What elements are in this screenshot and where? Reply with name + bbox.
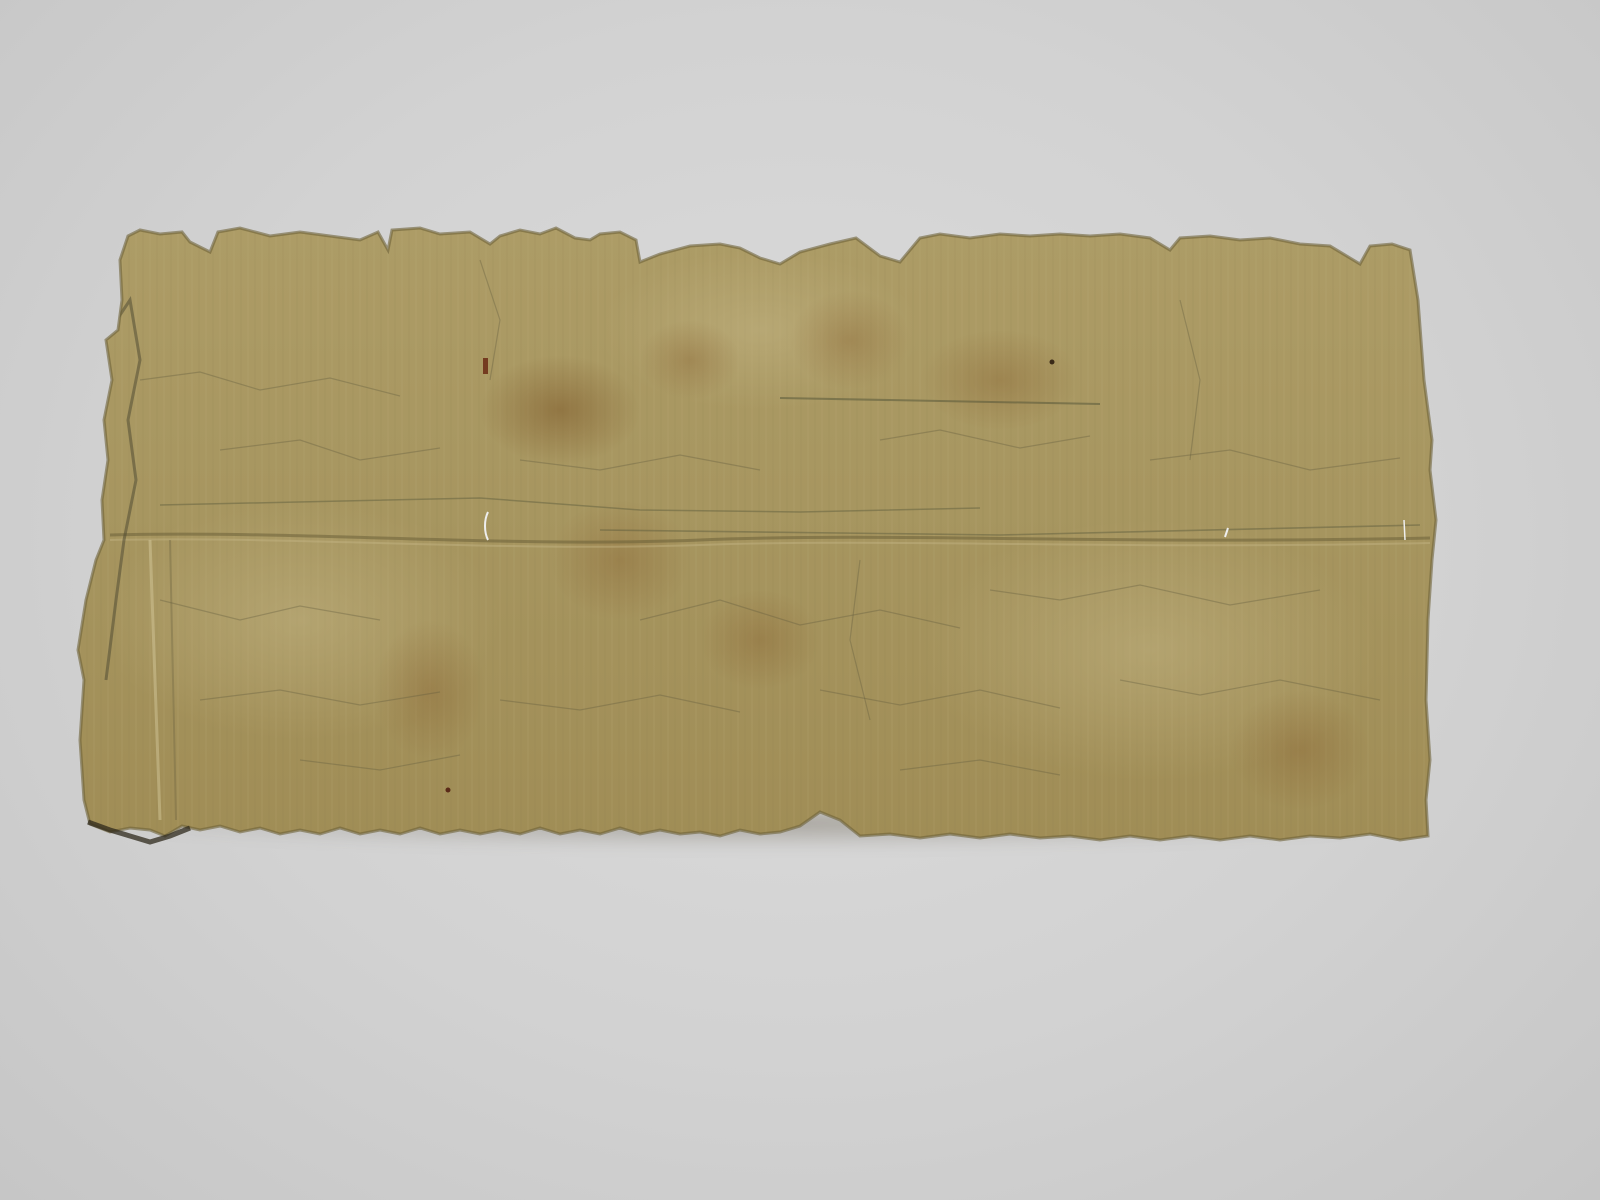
photo-scene <box>0 0 1600 1200</box>
paper-fragment <box>0 0 1600 1200</box>
